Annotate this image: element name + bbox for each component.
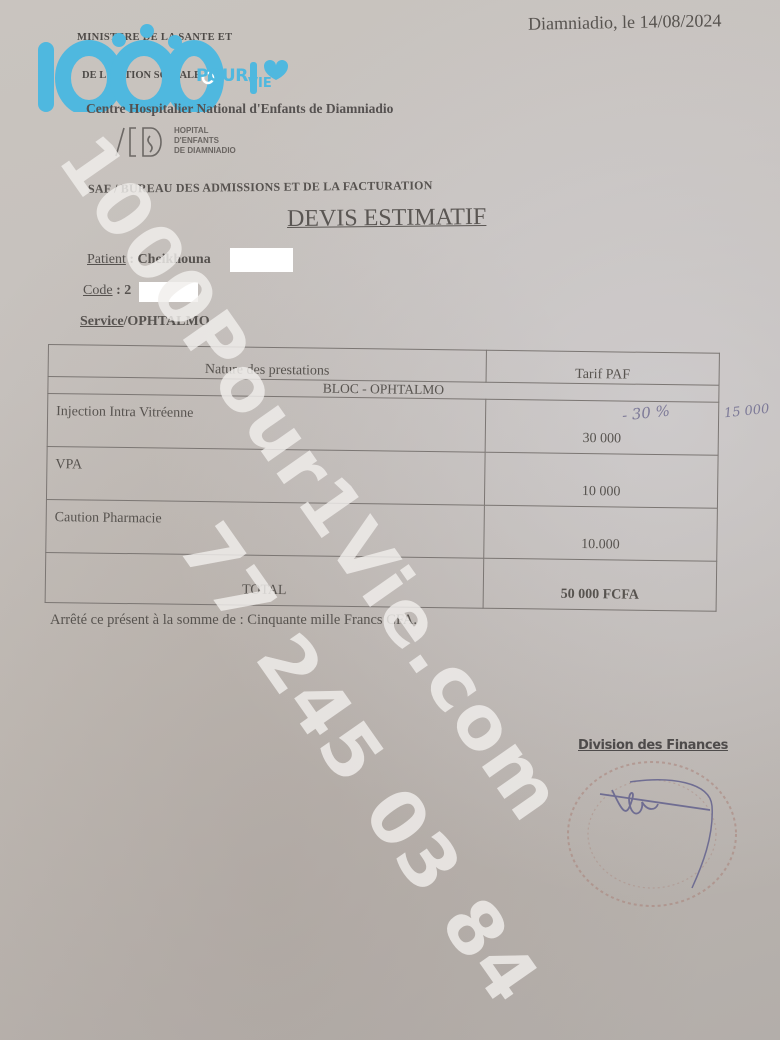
code-field: Code : 2 xyxy=(83,283,131,299)
item-amount: 30 000 xyxy=(485,399,719,455)
service-field: Service/OPHTALMO xyxy=(80,314,210,330)
document-title: DEVIS ESTIMATIF xyxy=(287,204,487,233)
patient-field: Patient : Cheikhouna xyxy=(87,252,211,268)
item-amount: 10 000 xyxy=(484,452,718,508)
total-amount: 50 000 FCFA xyxy=(483,558,717,611)
hospital-logo-icon xyxy=(110,124,170,160)
service-value: /OPHTALMO xyxy=(124,314,210,329)
brand-vie-text: VIE xyxy=(248,76,272,91)
hospital-logo-text: HOPITAL D'ENFANTS DE DIAMNIADIO xyxy=(174,126,236,156)
department-heading: SAF / BUREAU DES ADMISSIONS ET DE LA FAC… xyxy=(88,178,433,197)
table-total-row: TOTAL 50 000 FCFA xyxy=(45,552,717,611)
quote-table: Nature des prestations Tarif PAF BLOC - … xyxy=(45,344,720,589)
amount-in-words: Arrêté ce présent à la somme de : Cinqua… xyxy=(50,612,417,629)
patient-label: Patient xyxy=(87,252,126,267)
redaction-box xyxy=(139,282,198,302)
redaction-box xyxy=(230,248,293,272)
brand-pour-text: POUR xyxy=(196,66,248,86)
brand-1000-logo-icon xyxy=(34,22,294,112)
hospital-name: Centre Hospitalier National d'Enfants de… xyxy=(86,101,393,117)
total-label: TOTAL xyxy=(45,552,484,608)
item-label: VPA xyxy=(46,446,485,505)
code-label: Code xyxy=(83,283,113,298)
column-header-tariff: Tarif PAF xyxy=(486,350,719,385)
table-row: Caution Pharmacie 10.000 xyxy=(46,499,718,561)
handwritten-amount: 15 000 xyxy=(723,402,770,422)
item-amount: 10.000 xyxy=(484,505,718,561)
code-value: : 2 xyxy=(116,283,131,298)
document-date: Diamniadio, le 14/08/2024 xyxy=(528,10,722,34)
service-label: Service xyxy=(80,314,124,329)
patient-value: : Cheikhouna xyxy=(129,252,210,267)
signature-label: Division des Finances xyxy=(578,738,728,753)
item-label: Caution Pharmacie xyxy=(46,499,485,558)
table-row: Injection Intra Vitréenne 30 000 xyxy=(47,394,719,456)
table-row: VPA 10 000 xyxy=(46,446,718,508)
official-stamp-signature-icon xyxy=(560,754,742,910)
item-label: Injection Intra Vitréenne xyxy=(47,394,486,453)
